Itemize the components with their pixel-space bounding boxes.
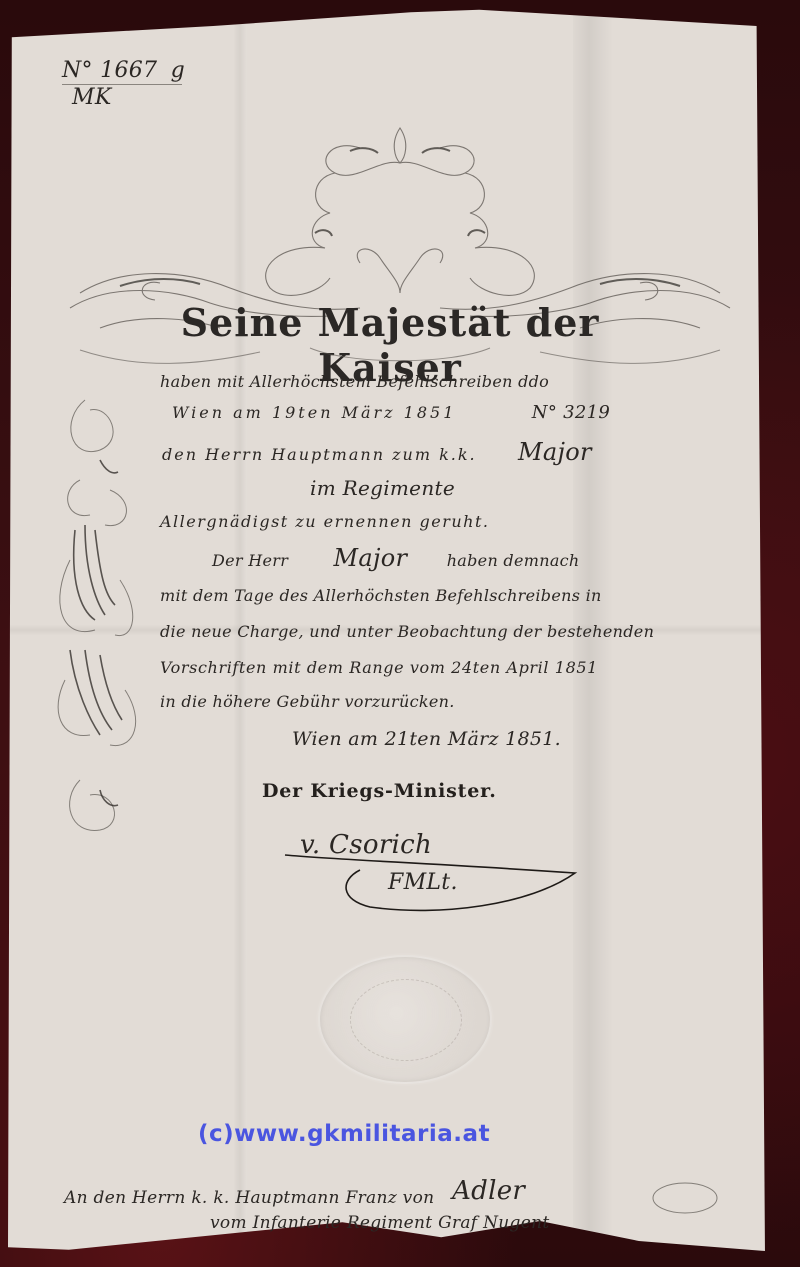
reference-office: MK	[62, 84, 182, 111]
body-text: mit dem Tage des Allerhöchsten Befehlsch…	[160, 586, 602, 605]
place-date: Wien am 21ten März 1851.	[292, 728, 561, 750]
address-line-1: An den Herrn k. k. Hauptmann Franz von A…	[64, 1180, 525, 1210]
body-line-1: haben mit Allerhöchstem Befehlschreiben …	[160, 372, 549, 391]
reference-number-value: N° 1667	[62, 58, 157, 83]
place-date-text: Wien am 21ten März 1851.	[292, 728, 561, 750]
body-text: Der Herr	[212, 551, 288, 570]
copyright-watermark: (c)www.gkmilitaria.at	[198, 1121, 490, 1147]
body-text: Vorschriften mit dem Range vom 24ten Apr…	[160, 658, 598, 677]
signature-rank: FMLt.	[388, 870, 458, 895]
body-text: Wien am 19ten März 1851	[172, 403, 456, 422]
recipient-regiment: vom Infanterie Regiment Graf Nugent	[210, 1213, 549, 1233]
decree-number: N° 3219	[532, 402, 610, 423]
body-text: die neue Charge, und unter Beobachtung d…	[160, 622, 654, 641]
body-line-4: im Regimente	[310, 476, 455, 500]
signature: v. Csorich	[300, 830, 432, 860]
address-recipient-text: An den Herrn k. k. Hauptmann Franz von	[64, 1188, 434, 1208]
body-line-2: Wien am 19ten März 1851 N° 3219	[172, 402, 610, 423]
reference-number: N° 1667 g MK	[62, 58, 185, 111]
regiment-label: im Regimente	[310, 476, 455, 500]
seal-inner-ring	[350, 979, 462, 1061]
embossed-seal	[318, 955, 492, 1084]
reference-suffix: g	[171, 58, 185, 83]
body-text: in die höhere Gebühr vorzurücken.	[160, 692, 455, 711]
rank-reference: Major	[334, 544, 408, 572]
body-text: haben mit Allerhöchstem Befehlschreiben …	[160, 372, 549, 391]
body-text: den Herrn Hauptmann zum k.k.	[162, 445, 477, 464]
body-line-3: den Herrn Hauptmann zum k.k. Major	[162, 438, 592, 466]
body-text: Allergnädigst zu ernennen geruht.	[160, 512, 489, 531]
body-line-5: Allergnädigst zu ernennen geruht.	[160, 512, 489, 531]
recipient-name: Adler	[452, 1176, 525, 1206]
body-line-7: mit dem Tage des Allerhöchsten Befehlsch…	[160, 586, 602, 605]
body-text: haben demnach	[447, 551, 580, 570]
address-line-2: vom Infanterie Regiment Graf Nugent	[210, 1213, 549, 1233]
body-line-8: die neue Charge, und unter Beobachtung d…	[160, 622, 654, 641]
body-line-6: Der Herr Major haben demnach	[212, 544, 580, 572]
body-line-10: in die höhere Gebühr vorzurücken.	[160, 692, 455, 711]
new-rank: Major	[518, 438, 592, 466]
issuer-title: Der Kriegs-Minister.	[262, 780, 497, 802]
body-line-9: Vorschriften mit dem Range vom 24ten Apr…	[160, 658, 598, 677]
